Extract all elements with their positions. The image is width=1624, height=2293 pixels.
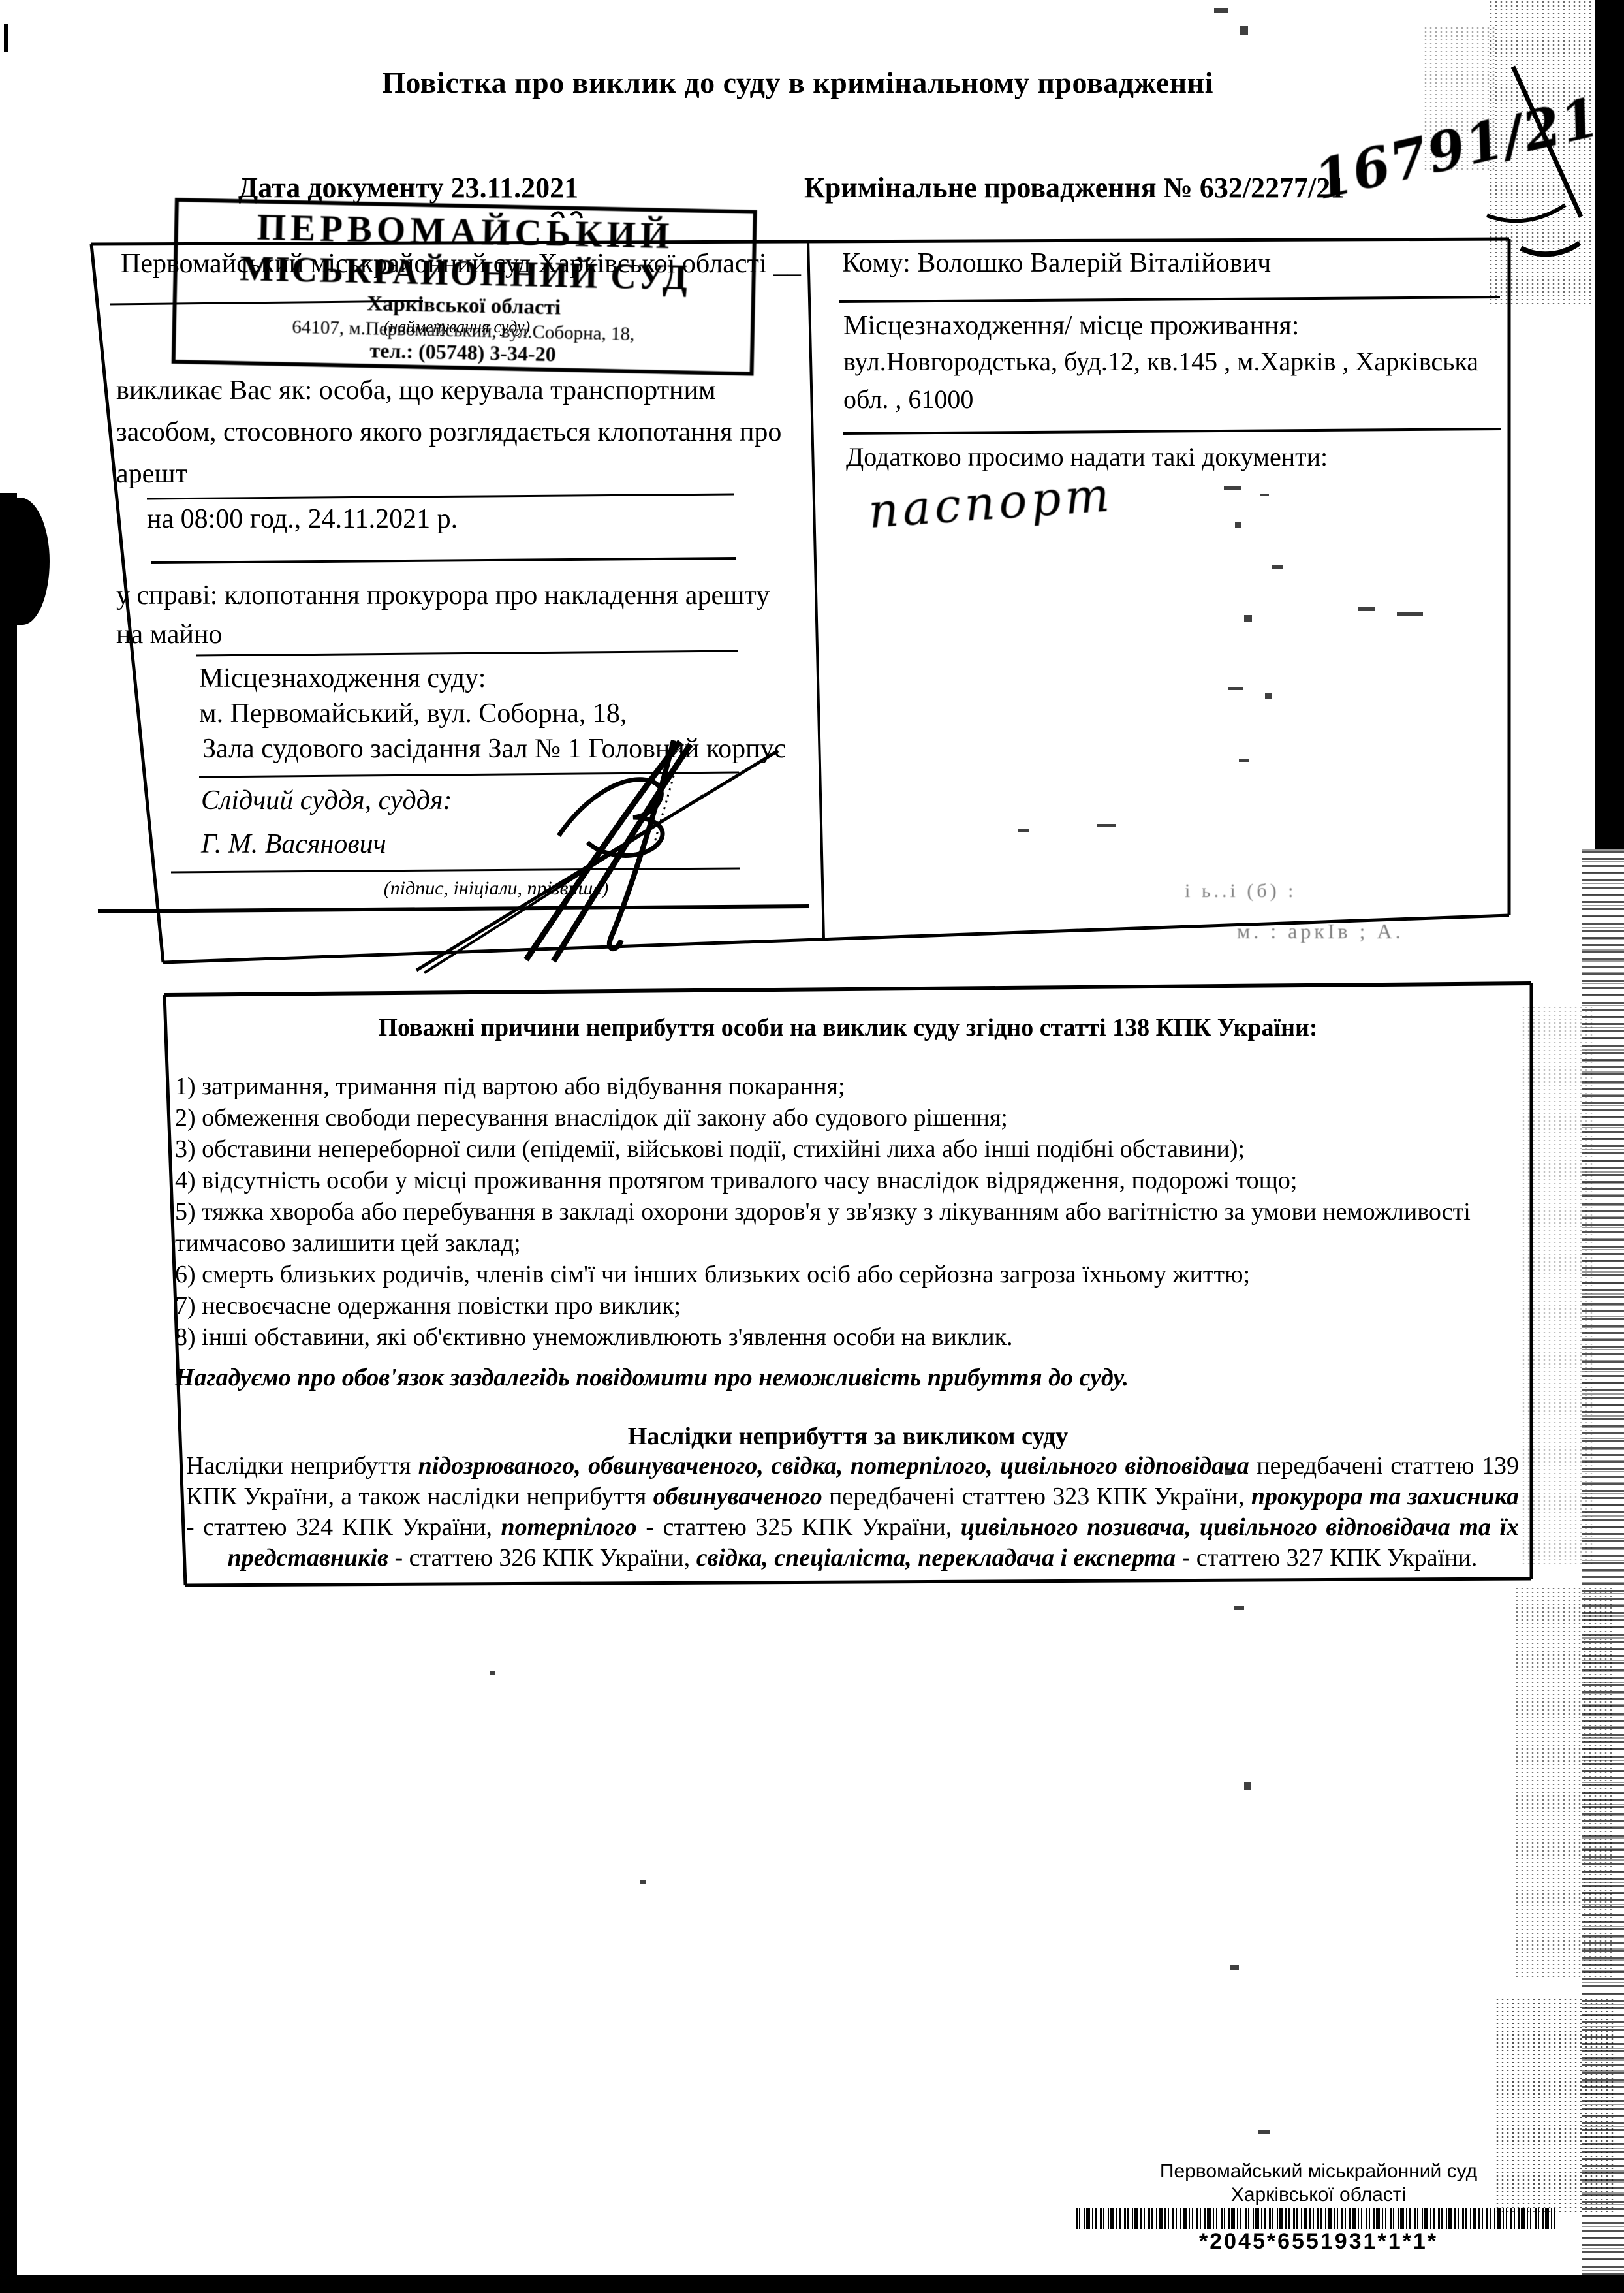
scan-speck xyxy=(1097,824,1116,827)
scan-speck xyxy=(1234,1606,1244,1610)
scan-speck xyxy=(1228,687,1243,690)
table-lines-and-signature xyxy=(0,0,1624,2293)
scan-noise xyxy=(1423,26,1495,170)
scan-speck xyxy=(490,1671,495,1675)
scan-speck xyxy=(1240,26,1248,35)
scan-speck xyxy=(1358,607,1375,611)
scan-speck xyxy=(1224,486,1241,490)
scan-speck xyxy=(1225,1469,1232,1475)
scan-speck xyxy=(1397,612,1423,616)
scan-speck xyxy=(1244,1782,1251,1790)
scan-speck xyxy=(640,1880,646,1884)
scan-noise xyxy=(1521,1005,1593,1567)
scan-edge-artifact xyxy=(1595,0,1624,849)
scan-noise xyxy=(1514,1587,1612,1978)
scan-speck xyxy=(1272,565,1283,569)
scan-speck xyxy=(1230,1965,1239,1970)
scanned-court-summons-page: Повістка про виклик до суду в кримінальн… xyxy=(0,0,1624,2293)
scan-speck xyxy=(1239,759,1249,762)
scan-edge-artifact xyxy=(4,24,8,52)
scan-speck xyxy=(1258,2130,1270,2134)
scan-edge-artifact xyxy=(0,2275,1624,2293)
scan-speck xyxy=(1214,8,1228,13)
scan-speck xyxy=(1260,494,1269,496)
scan-noise xyxy=(1488,0,1593,307)
scan-speck xyxy=(1235,522,1241,528)
scan-edge-artifact xyxy=(0,493,17,2293)
scan-speck xyxy=(1018,829,1029,832)
scan-speck xyxy=(1244,615,1252,622)
scan-noise xyxy=(1495,1998,1616,2213)
scan-speck xyxy=(1265,693,1272,699)
